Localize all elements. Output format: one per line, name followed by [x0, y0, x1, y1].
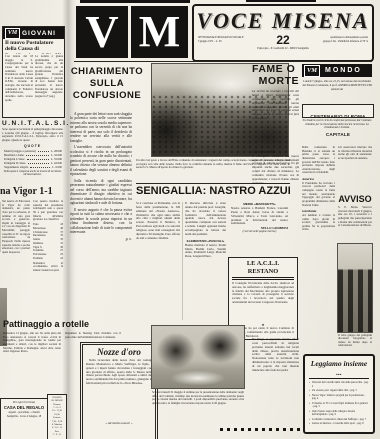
square-bullet-icon: ▪: [309, 422, 310, 426]
chiarimento-section: CHIARIMENTO SULLA CONFUSIONE: [66, 66, 148, 102]
photo-committee-office: [152, 326, 244, 388]
chiarimento-paragraph: Il nostro augurio è che la pausa estiva …: [70, 208, 132, 235]
vm-logo-v-letter: V: [85, 6, 118, 57]
masthead-issue-number: 22: [276, 34, 289, 46]
masthead-address: Episcopio - P. Garibaldi 22 - 60019 Seni…: [194, 47, 372, 50]
vm-giovani-logo: VM: [5, 28, 20, 39]
leggiamo-title: Leggiamo insieme ...: [309, 359, 369, 379]
giovani-col1: Con lettera del 18 maggio la S. Congrega…: [5, 55, 33, 115]
masthead-box: VOCE MISENA SETTIMANALE RELIGIOSO SOCIAL…: [192, 4, 374, 62]
fame-o-morte-section: FAME O MORTE La siccità ha bruciato i ra…: [252, 64, 299, 243]
chiarimento-signature: g. o.: [70, 237, 132, 241]
unitalsi-section: U.N.I.T.A.L.S.I. Sono aperte le iscrizio…: [2, 120, 63, 176]
dot-leader: [38, 149, 49, 152]
chiarimento-headline-line1: CHIARIMENTO: [66, 66, 148, 78]
leggiamo-item-text: Lettere al direttore - Cronache dello sp…: [312, 422, 364, 426]
vm-logo-m-letter: M: [139, 7, 181, 56]
photo-pilgrims-group: [338, 244, 372, 332]
mondo-col1: Dalla conferenza di Helsinki ci si atten…: [302, 146, 335, 350]
nozze-doro-box: Nozze d'oro Nella ricorrenza delle nozze…: [80, 342, 158, 439]
column-rule: [0, 202, 1, 252]
ad1-line2: CASA DEL REGALO: [2, 405, 46, 410]
ad1-line1: Per ogni ricorrenza: [2, 401, 46, 404]
chiarimento-body: A gran parte dei lettori non sarà sfuggi…: [70, 112, 132, 316]
scan-artifact-top-left: [80, 0, 190, 3]
square-bullet-icon: ▪: [309, 418, 310, 422]
chiarimento-headline-line2: SULLA: [66, 78, 148, 90]
fame-continuation: Da Praga si apprende intanto che i corsi…: [252, 338, 299, 422]
scan-artifact-top-right: [246, 0, 316, 2]
classifica-row: Fermana22: [33, 257, 63, 261]
leggiamo-box: Leggiamo insieme ... ▪I Decreti del Conc…: [303, 354, 375, 434]
masthead-subtitle-right-2: gruppo I bis - Pubblicità inferiore al 7…: [306, 40, 368, 44]
leggiamo-item: ▪I Decreti del Concilio nella vita delle…: [309, 381, 369, 388]
unitalsi-title: U.N.I.T.A.L.S.I.: [2, 120, 63, 127]
ad-box-2: ORARIO SS. MESSE Duomo 7 - 8 - 9 10 - 11…: [47, 394, 67, 439]
quote-price: L. 6.000: [52, 165, 62, 169]
mass-schedule: ORARIO SS. MESSE Duomo 7 - 8 - 9 10 - 11…: [49, 396, 65, 439]
leggiamo-item-text: I Decreti del Concilio nella vita delle …: [312, 381, 369, 388]
unitalsi-note: Nella quota è compresa anche la tessera …: [2, 170, 63, 176]
leggiamo-item: ▪Nuova Vigor: bilanci e progetti per la …: [309, 394, 369, 401]
fame-cecoslovacchia-text: Il «Telegraf» annuncia una nuova serie d…: [252, 155, 299, 243]
mondo-col1-paragraph: Dalla conferenza di Helsinki ci si atten…: [302, 146, 335, 175]
mondo-giordania-text: Ad Amman è tornata la calma dopo giorni …: [302, 214, 335, 232]
leggiamo-item-text: Il cinema, la TV e i nostri figli: inchi…: [312, 402, 369, 409]
square-bullet-icon: ▪: [309, 389, 310, 393]
quote-label: Supplemento singola: [4, 165, 28, 169]
unitalsi-intro: Sono aperte le iscrizioni al pellegrinag…: [2, 128, 63, 143]
team-name: Fermana: [33, 257, 43, 261]
photo3-caption: Il folto gruppo dei pellegrini diocesani…: [338, 334, 372, 350]
fame-intro: La siccità ha bruciato i raccolti del Sa…: [252, 90, 299, 148]
vm-logo-v-block: V: [76, 6, 128, 58]
team-points: 22: [60, 257, 63, 261]
vigor-col2b: Domenica al «Comunale» arriva la Jesina:…: [33, 262, 63, 276]
ad1-line4: Senigallia - Corso 2 Giugno, 18: [2, 415, 46, 418]
centenario-note: Si chiuderà così il ciclo di conferenze …: [302, 119, 372, 141]
vm-logo-m-block: M: [131, 6, 188, 58]
giovani-header-bar: VM GIOVANI: [3, 27, 64, 39]
dot-leader: [26, 153, 49, 156]
leggiamo-item-text: Un «Grest» per i ragazzi della città - p…: [312, 389, 357, 393]
senigallia-col1: Si è conclusa al Politeama, con la festa…: [136, 202, 180, 320]
senigallia-col2-paragraph: Il discorso ufficiale è stato tenuto dal…: [185, 202, 226, 237]
chiarimento-paragraph: Sulla vicenda di ogni candidato peserann…: [70, 179, 132, 206]
senigallia-subhead-elementari: ELEMENTARI «PASCOLI»: [185, 239, 226, 243]
square-bullet-icon: ▪: [309, 394, 310, 401]
mondo-col2: Gli osservatori rilevano che la riforma …: [338, 146, 372, 238]
quote-row: Supplemento singolaL. 6.000: [4, 165, 62, 169]
pattinaggio-headline: Pattinaggio a rotelle: [3, 318, 127, 330]
vigor-headline: ana Vigor 1-1: [0, 186, 64, 198]
vm-mondo-logo: VM: [304, 65, 320, 77]
mondo-label: MONDO: [325, 67, 362, 74]
nozze-closing: « Ad multos annos! »: [86, 421, 152, 425]
leggiamo-item: ▪Il cinema, la TV e i nostri figli: inch…: [309, 402, 369, 409]
mondo-col2-paragraph: Gli osservatori rilevano che la riforma …: [338, 146, 372, 192]
giovani-col2: La notizia è giunta graditissima alla di…: [35, 55, 63, 115]
leggiamo-item: ▪Un «Grest» per i ragazzi della città - …: [309, 389, 369, 393]
giovani-headline: Il nuovo Postulatore della Causa di Beat…: [3, 39, 64, 54]
mondo-conference-intro: Lunedì 7 giugno, alle ore 21,15, nel sal…: [302, 80, 372, 102]
newspaper-page: V M VOCE MISENA SETTIMANALE RELIGIOSO SO…: [0, 0, 380, 439]
giovani-label: GIOVANI: [22, 30, 56, 37]
classifica-table: Fano43 Maceratese40 Civitanovese37 Recan…: [33, 223, 63, 261]
vigor-section: ana Vigor 1-1 Sul neutro di Falconara la…: [0, 186, 64, 312]
leggiamo-item-text: Corinaldo: restaurata la chiesa del Suff…: [312, 418, 366, 422]
avviso-title: AVVISO: [338, 194, 372, 205]
acli-headline: LE A.C.L.I. RESTANO: [232, 260, 294, 280]
nozze-text: Nella ricorrenza delle nozze d'oro dei c…: [86, 359, 152, 421]
senigallia-col2-names: Hanno meritato il nastro: Perini Maria, …: [185, 244, 226, 259]
mondo-header-bar: VM MONDO: [302, 64, 372, 77]
leggiamo-item: ▪Corinaldo: restaurata la chiesa del Suf…: [309, 418, 369, 422]
leggiamo-item-text: Ostra Vetere: sagra della ciliegia e mos…: [312, 410, 369, 417]
square-bullet-icon: ▪: [309, 381, 310, 388]
chiarimento-paragraph: A gran parte dei lettori non sarà sfuggi…: [70, 112, 132, 143]
pattinaggio-col1: Domenica 13 giugno, alle ore 16, sulla p…: [3, 332, 61, 394]
masthead-title: VOCE MISENA: [194, 8, 372, 34]
giovani-section: VM GIOVANI Il nuovo Postulatore della Ca…: [2, 26, 65, 118]
square-bullet-icon: ▪: [309, 410, 310, 417]
leggiamo-item-text: Nuova Vigor: bilanci e progetti per la p…: [312, 394, 369, 401]
ad-box-1: Per ogni ricorrenza CASA DEL REGALO arge…: [0, 398, 48, 439]
header-rule: [74, 61, 372, 62]
vigor-col1: Sul neutro di Falconara la Vigor ha colt…: [2, 200, 30, 312]
mondo-america-text: Il Presidente ha ricevuto i vescovi prom…: [302, 182, 335, 207]
dotted-separator: [220, 428, 304, 431]
chiarimento-headline-line3: CONFUSIONE: [66, 90, 148, 102]
unitalsi-quote-list: Malati (viaggio e pensione)L. 28.000 Bar…: [2, 148, 63, 169]
masthead-subtitle-left-2: 5 giugno 1971 - L. 50: [198, 40, 260, 44]
ad1-line3: argenti - porcellane - cristalli: [2, 411, 46, 414]
senigallia-col2: Il discorso ufficiale è stato tenuto dal…: [185, 202, 226, 320]
avviso-text: S. E. Mons. Vescovo riceverà mercoledì 9…: [338, 206, 372, 238]
dot-leader: [27, 157, 49, 160]
fame-headline-line2: MORTE: [252, 76, 299, 88]
centenario-box: CENTENARIO DI ROMA CAPITALE: [302, 104, 374, 118]
square-bullet-icon: ▪: [309, 402, 310, 409]
dot-leader: [30, 165, 50, 168]
chiarimento-paragraph: L'assemblea convocata dall'autorità scol…: [70, 145, 132, 176]
vigor-col2a: Con questo risultato la squadra del pres…: [33, 200, 63, 222]
fame-headline-line1: FAME O: [252, 64, 299, 76]
acli-paragraph-1: Il Consiglio Provinciale delle ACLI, riu…: [232, 282, 294, 324]
column-rule: [182, 202, 183, 320]
dot-leader: [28, 161, 49, 164]
leggiamo-item: ▪Ostra Vetere: sagra della ciliegia e mo…: [309, 410, 369, 417]
nozze-title: Nozze d'oro: [86, 347, 152, 357]
leggiamo-item: ▪Lettere al direttore - Cronache dello s…: [309, 422, 369, 426]
